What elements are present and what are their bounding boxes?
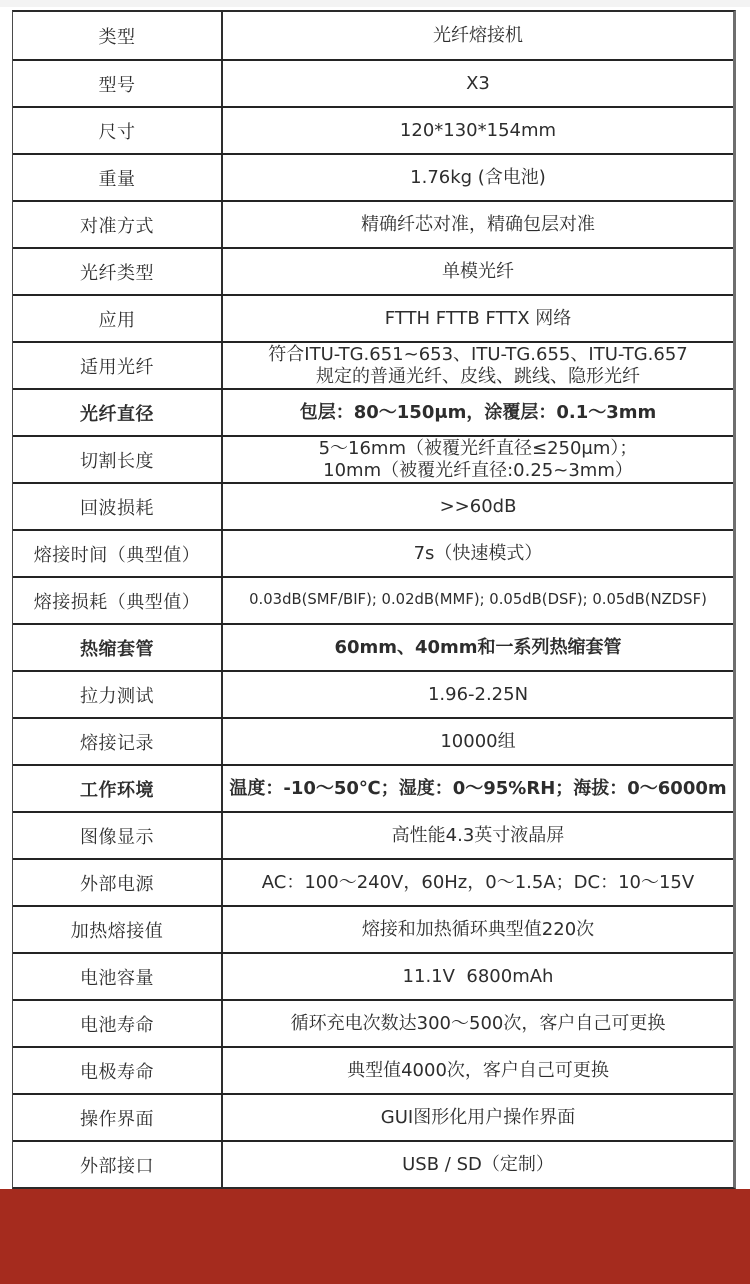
table-row: 切割长度5～16mm（被覆光纤直径≤250μm）；10mm（被覆光纤直径:0.2… (13, 435, 733, 482)
spec-value-lines: 循环充电次数达300～500次，客户自己可更换 (229, 1013, 727, 1035)
spec-value-lines: 7s（快速模式） (229, 543, 727, 565)
spec-value-lines: 包层：80～150μm，涂覆层：0.1～3mm (229, 402, 727, 424)
spec-value: 1.96-2.25N (223, 672, 733, 717)
spec-label: 电池容量 (13, 954, 223, 999)
spec-value: 温度：-10～50℃；湿度：0～95%RH；海拔：0～6000m (223, 766, 733, 811)
spec-value-line: 规定的普通光纤、皮线、跳线、隐形光纤 (229, 366, 727, 388)
spec-value-lines: 典型值4000次，客户自己可更换 (229, 1060, 727, 1082)
spec-label: 切割长度 (13, 437, 223, 482)
spec-value-lines: 0.03dB(SMF/BIF); 0.02dB(MMF); 0.05dB(DSF… (229, 591, 727, 609)
spec-value-lines: 1.76kg (含电池) (229, 167, 727, 189)
spec-value: 单模光纤 (223, 249, 733, 294)
spec-value-line: AC：100～240V，60Hz，0～1.5A；DC：10～15V (229, 872, 727, 894)
table-row: 熔接时间（典型值）7s（快速模式） (13, 529, 733, 576)
table-row: 电池容量11.1V 6800mAh (13, 952, 733, 999)
spec-label: 电极寿命 (13, 1048, 223, 1093)
top-strip (0, 0, 750, 7)
spec-value-lines: GUI图形化用户操作界面 (229, 1107, 727, 1129)
spec-value-line: 精确纤芯对准，精确包层对准 (229, 214, 727, 236)
spec-value-lines: 精确纤芯对准，精确包层对准 (229, 214, 727, 236)
spec-value-line: 典型值4000次，客户自己可更换 (229, 1060, 727, 1082)
bottom-red-band (0, 1189, 750, 1284)
table-row: 型号X3 (13, 59, 733, 106)
spec-label: 熔接损耗（典型值） (13, 578, 223, 623)
spec-value-lines: 120*130*154mm (229, 120, 727, 142)
spec-value: 光纤熔接机 (223, 12, 733, 59)
spec-value-lines: 符合ITU-TG.651~653、ITU-TG.655、ITU-TG.657规定… (229, 344, 727, 388)
table-row: 外部电源AC：100～240V，60Hz，0～1.5A；DC：10～15V (13, 858, 733, 905)
table-row: 对准方式精确纤芯对准，精确包层对准 (13, 200, 733, 247)
spec-value-lines: 10000组 (229, 731, 727, 753)
spec-value-line: 120*130*154mm (229, 120, 727, 142)
spec-value-line: 高性能4.3英寸液晶屏 (229, 825, 727, 847)
spec-label: 热缩套管 (13, 625, 223, 670)
spec-value-line: 1.96-2.25N (229, 684, 727, 706)
spec-value: FTTH FTTB FTTX 网络 (223, 296, 733, 341)
spec-value-lines: X3 (229, 73, 727, 95)
spec-value-line: 符合ITU-TG.651~653、ITU-TG.655、ITU-TG.657 (229, 344, 727, 366)
table-row: 热缩套管60mm、40mm和一系列热缩套管 (13, 623, 733, 670)
spec-label: 类型 (13, 12, 223, 59)
spec-value-lines: 11.1V 6800mAh (229, 966, 727, 988)
spec-value-lines: 单模光纤 (229, 261, 727, 283)
spec-value-line: >>60dB (229, 496, 727, 518)
table-row: 熔接记录10000组 (13, 717, 733, 764)
spec-label: 回波损耗 (13, 484, 223, 529)
spec-value: 符合ITU-TG.651~653、ITU-TG.655、ITU-TG.657规定… (223, 343, 733, 388)
spec-value-line: 包层：80～150μm，涂覆层：0.1～3mm (229, 402, 727, 424)
spec-value-lines: 60mm、40mm和一系列热缩套管 (229, 637, 727, 659)
spec-value-lines: 1.96-2.25N (229, 684, 727, 706)
spec-value: 5～16mm（被覆光纤直径≤250μm）；10mm（被覆光纤直径:0.25~3m… (223, 437, 733, 482)
spec-value-lines: FTTH FTTB FTTX 网络 (229, 308, 727, 330)
spec-label: 电池寿命 (13, 1001, 223, 1046)
spec-value-lines: >>60dB (229, 496, 727, 518)
spec-value: 典型值4000次，客户自己可更换 (223, 1048, 733, 1093)
spec-value-lines: 光纤熔接机 (229, 25, 727, 47)
table-row: 拉力测试1.96-2.25N (13, 670, 733, 717)
spec-value: 11.1V 6800mAh (223, 954, 733, 999)
spec-value: 10000组 (223, 719, 733, 764)
table-row: 外部接口USB / SD（定制） (13, 1140, 733, 1187)
spec-label: 适用光纤 (13, 343, 223, 388)
table-row: 熔接损耗（典型值）0.03dB(SMF/BIF); 0.02dB(MMF); 0… (13, 576, 733, 623)
spec-value-line: 熔接和加热循环典型值220次 (229, 919, 727, 941)
table-row: 适用光纤符合ITU-TG.651~653、ITU-TG.655、ITU-TG.6… (13, 341, 733, 388)
table-row: 操作界面GUI图形化用户操作界面 (13, 1093, 733, 1140)
spec-value-lines: 高性能4.3英寸液晶屏 (229, 825, 727, 847)
spec-value-lines: 熔接和加热循环典型值220次 (229, 919, 727, 941)
spec-label: 重量 (13, 155, 223, 200)
table-row: 光纤直径包层：80～150μm，涂覆层：0.1～3mm (13, 388, 733, 435)
spec-label: 熔接记录 (13, 719, 223, 764)
spec-label: 拉力测试 (13, 672, 223, 717)
spec-value: 精确纤芯对准，精确包层对准 (223, 202, 733, 247)
spec-label: 光纤类型 (13, 249, 223, 294)
spec-value: 60mm、40mm和一系列热缩套管 (223, 625, 733, 670)
spec-table: 类型光纤熔接机型号X3尺寸120*130*154mm重量1.76kg (含电池)… (12, 10, 736, 1189)
spec-value: 0.03dB(SMF/BIF); 0.02dB(MMF); 0.05dB(DSF… (223, 578, 733, 623)
spec-value: X3 (223, 61, 733, 106)
table-row: 应用FTTH FTTB FTTX 网络 (13, 294, 733, 341)
spec-label: 操作界面 (13, 1095, 223, 1140)
spec-label: 光纤直径 (13, 390, 223, 435)
spec-value: USB / SD（定制） (223, 1142, 733, 1187)
spec-value-line: 5～16mm（被覆光纤直径≤250μm）； (229, 438, 727, 460)
spec-label: 外部电源 (13, 860, 223, 905)
spec-value-line: 0.03dB(SMF/BIF); 0.02dB(MMF); 0.05dB(DSF… (229, 591, 727, 609)
spec-value: 120*130*154mm (223, 108, 733, 153)
spec-value-line: 11.1V 6800mAh (229, 966, 727, 988)
spec-value-line: 光纤熔接机 (229, 25, 727, 47)
spec-value-lines: 温度：-10～50℃；湿度：0～95%RH；海拔：0～6000m (229, 778, 727, 800)
spec-value-line: 1.76kg (含电池) (229, 167, 727, 189)
spec-value: 循环充电次数达300～500次，客户自己可更换 (223, 1001, 733, 1046)
table-row: 尺寸120*130*154mm (13, 106, 733, 153)
spec-value: 1.76kg (含电池) (223, 155, 733, 200)
spec-value-lines: USB / SD（定制） (229, 1154, 727, 1176)
spec-value-lines: AC：100～240V，60Hz，0～1.5A；DC：10～15V (229, 872, 727, 894)
spec-value-line: X3 (229, 73, 727, 95)
spec-label: 应用 (13, 296, 223, 341)
spec-sheet-page: 类型光纤熔接机型号X3尺寸120*130*154mm重量1.76kg (含电池)… (0, 0, 750, 1284)
spec-value: >>60dB (223, 484, 733, 529)
table-row: 图像显示高性能4.3英寸液晶屏 (13, 811, 733, 858)
table-row: 加热熔接值熔接和加热循环典型值220次 (13, 905, 733, 952)
spec-value-line: USB / SD（定制） (229, 1154, 727, 1176)
spec-value-line: 7s（快速模式） (229, 543, 727, 565)
spec-value-line: GUI图形化用户操作界面 (229, 1107, 727, 1129)
spec-value-lines: 5～16mm（被覆光纤直径≤250μm）；10mm（被覆光纤直径:0.25~3m… (229, 438, 727, 482)
table-row: 光纤类型单模光纤 (13, 247, 733, 294)
table-row: 工作环境温度：-10～50℃；湿度：0～95%RH；海拔：0～6000m (13, 764, 733, 811)
spec-value-line: 单模光纤 (229, 261, 727, 283)
spec-value-line: FTTH FTTB FTTX 网络 (229, 308, 727, 330)
spec-value: 熔接和加热循环典型值220次 (223, 907, 733, 952)
spec-value: GUI图形化用户操作界面 (223, 1095, 733, 1140)
spec-label: 型号 (13, 61, 223, 106)
table-row: 电极寿命典型值4000次，客户自己可更换 (13, 1046, 733, 1093)
spec-value: 7s（快速模式） (223, 531, 733, 576)
spec-value-line: 10mm（被覆光纤直径:0.25~3mm） (229, 460, 727, 482)
spec-value: 高性能4.3英寸液晶屏 (223, 813, 733, 858)
spec-label: 外部接口 (13, 1142, 223, 1187)
spec-value: AC：100～240V，60Hz，0～1.5A；DC：10～15V (223, 860, 733, 905)
spec-value-line: 温度：-10～50℃；湿度：0～95%RH；海拔：0～6000m (229, 778, 727, 800)
table-row: 回波损耗>>60dB (13, 482, 733, 529)
spec-value-line: 循环充电次数达300～500次，客户自己可更换 (229, 1013, 727, 1035)
spec-value: 包层：80～150μm，涂覆层：0.1～3mm (223, 390, 733, 435)
table-row: 电池寿命循环充电次数达300～500次，客户自己可更换 (13, 999, 733, 1046)
spec-label: 对准方式 (13, 202, 223, 247)
table-row: 类型光纤熔接机 (13, 12, 733, 59)
spec-label: 加热熔接值 (13, 907, 223, 952)
spec-label: 熔接时间（典型值） (13, 531, 223, 576)
spec-value-line: 60mm、40mm和一系列热缩套管 (229, 637, 727, 659)
spec-label: 工作环境 (13, 766, 223, 811)
spec-label: 尺寸 (13, 108, 223, 153)
table-row: 重量1.76kg (含电池) (13, 153, 733, 200)
spec-label: 图像显示 (13, 813, 223, 858)
spec-value-line: 10000组 (229, 731, 727, 753)
